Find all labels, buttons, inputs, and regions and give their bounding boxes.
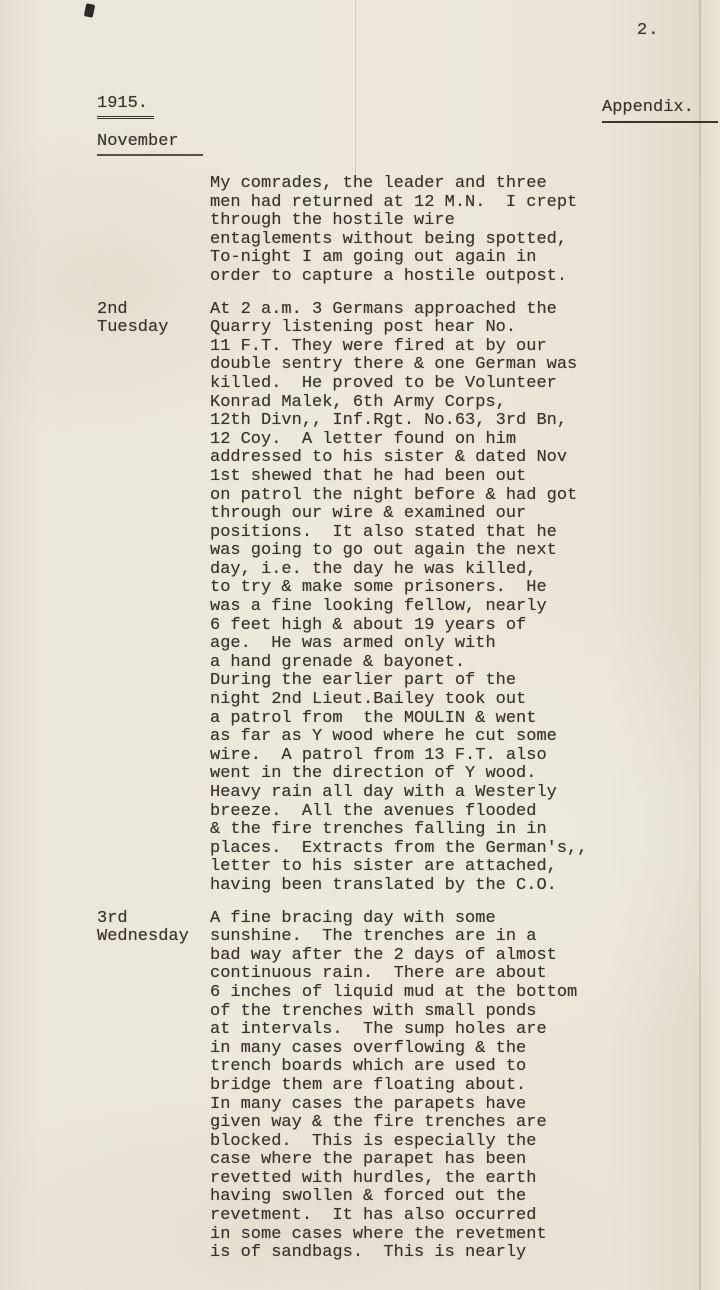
entry-text: At 2 a.m. 3 Germans approached the Quarr…: [210, 301, 587, 896]
diary-entries: My comrades, the leader and three men ha…: [97, 175, 707, 1263]
paper-fold-line: [355, 0, 356, 185]
diary-page: 2. 1915. Appendix. November My comrades,…: [0, 0, 720, 1290]
entry-date: [97, 175, 210, 287]
header-month: November: [97, 133, 203, 156]
entry-text: My comrades, the leader and three men ha…: [210, 175, 577, 287]
diary-entry: 3rd WednesdayA fine bracing day with som…: [97, 910, 707, 1263]
page-number: 2.: [637, 22, 659, 41]
ink-corner-mark: [84, 3, 96, 18]
entry-date: 3rd Wednesday: [97, 910, 210, 1263]
entry-text: A fine bracing day with some sunshine. T…: [210, 910, 577, 1263]
diary-entry: 2nd TuesdayAt 2 a.m. 3 Germans approache…: [97, 301, 707, 896]
header-year: 1915.: [97, 95, 154, 119]
diary-entry: My comrades, the leader and three men ha…: [97, 175, 707, 287]
header-appendix: Appendix.: [602, 99, 718, 123]
entry-date: 2nd Tuesday: [97, 301, 210, 896]
